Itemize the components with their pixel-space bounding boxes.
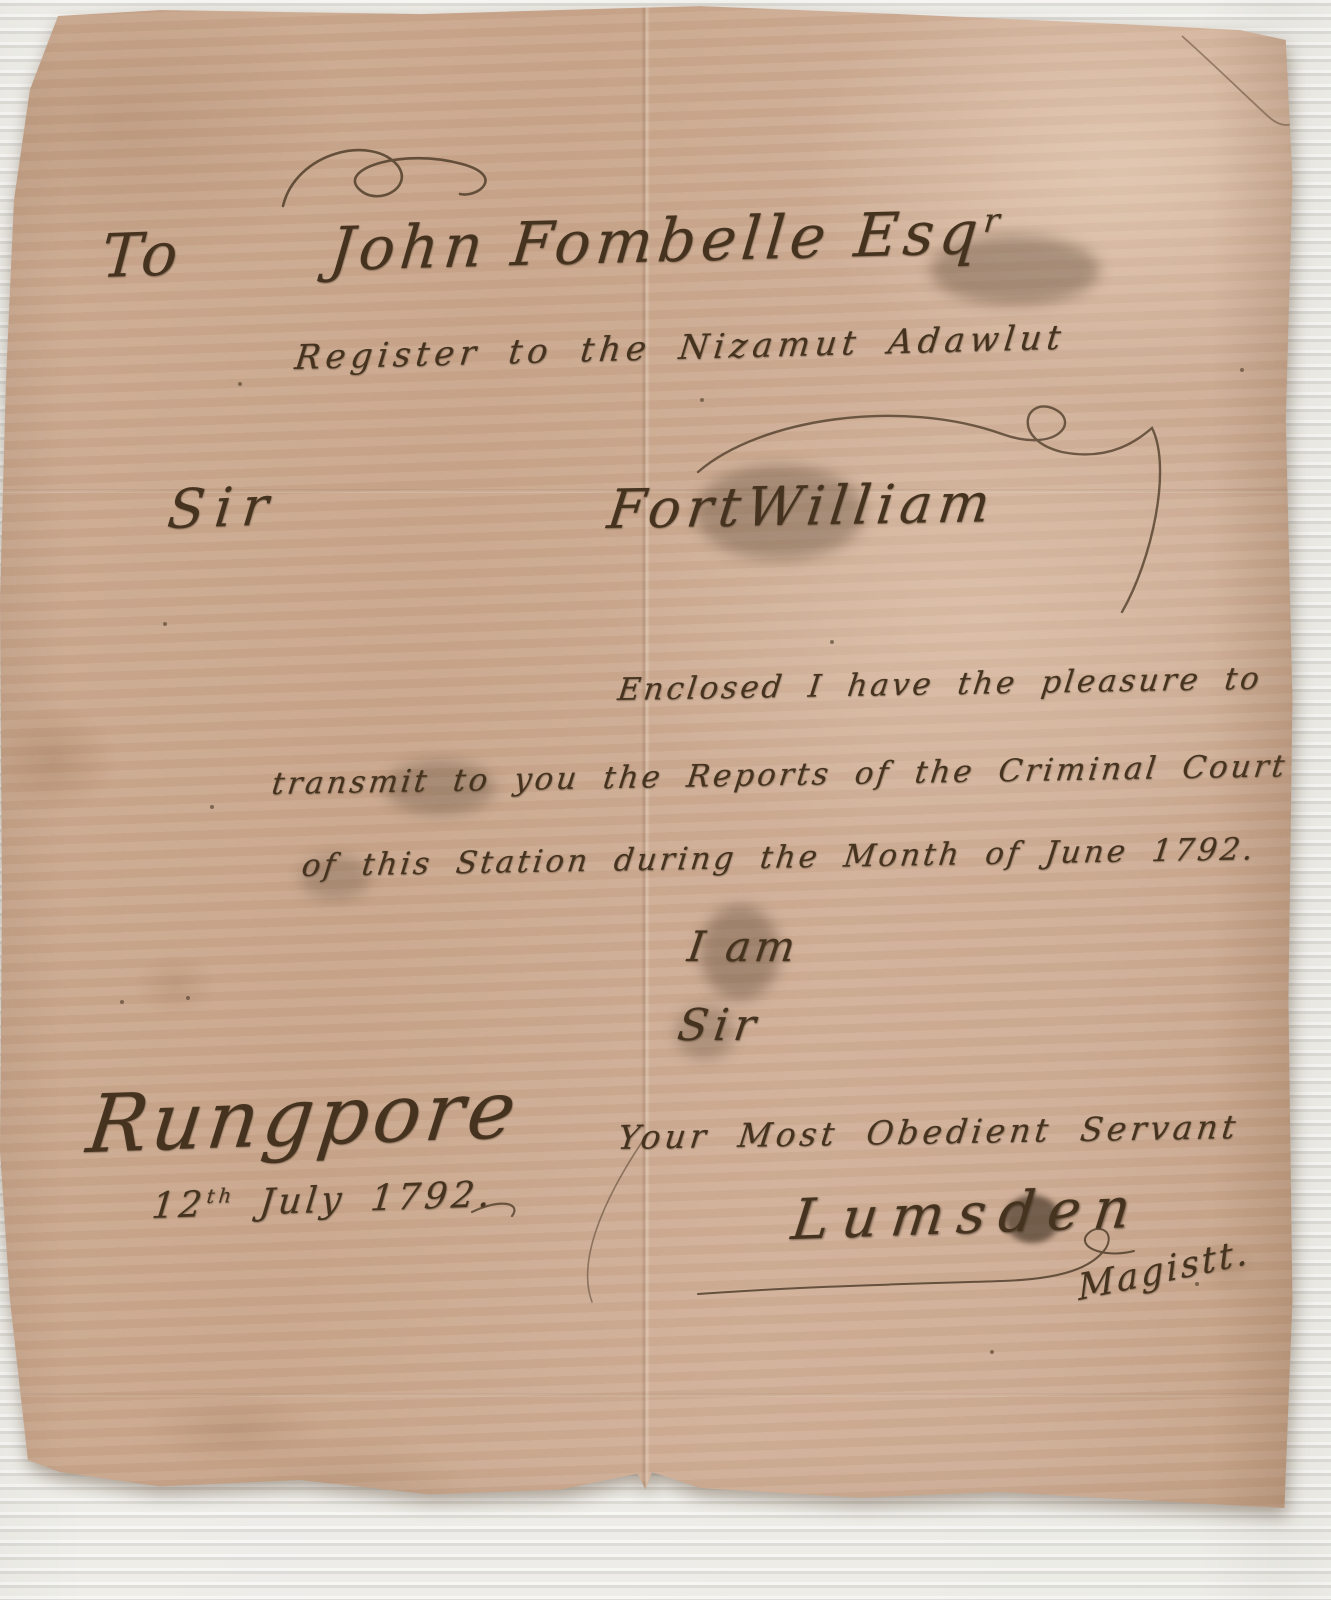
your-tail-flourish bbox=[588, 1142, 642, 1302]
date-tail-flourish bbox=[472, 1204, 514, 1216]
ink-speck bbox=[990, 1350, 994, 1354]
horizontal-crease bbox=[0, 489, 1331, 493]
flourish-ornaments bbox=[0, 0, 1331, 1600]
address-to: To bbox=[100, 219, 184, 292]
body-line-3: of this Station during the Month of June… bbox=[300, 831, 1258, 884]
recipient-name: John Fombelle Esqr bbox=[327, 197, 1007, 285]
body-line-1: Enclosed I have the pleasure to bbox=[616, 661, 1264, 708]
corner-crack-line bbox=[1182, 36, 1296, 125]
esquire-superscript: r bbox=[982, 200, 1007, 240]
closing-sir: Sir bbox=[674, 1000, 764, 1051]
letter-scan: To John Fombelle Esqr Register to the Ni… bbox=[0, 0, 1331, 1600]
valediction: Your Most Obedient Servant bbox=[616, 1107, 1242, 1157]
ink-smudge bbox=[385, 760, 495, 815]
signature: Lumsden bbox=[788, 1176, 1147, 1254]
ink-smudge bbox=[930, 235, 1100, 305]
ink-speck bbox=[1195, 1282, 1199, 1286]
date-rest: July 1792. bbox=[232, 1174, 496, 1224]
ink-blot bbox=[1005, 1195, 1060, 1243]
ink-smudge bbox=[700, 905, 780, 1000]
closing-i-am: I am bbox=[685, 922, 803, 971]
ink-speck bbox=[238, 382, 242, 386]
fortwilliam-flourish bbox=[698, 406, 1160, 612]
salutation: Sir bbox=[165, 474, 282, 541]
signature-title: Magistt. bbox=[1077, 1231, 1251, 1309]
to-flourish bbox=[283, 150, 485, 206]
ink-smudge bbox=[300, 855, 370, 900]
date-day-suffix: th bbox=[205, 1184, 236, 1208]
paper-sheet-wrap: To John Fombelle Esqr Register to the Ni… bbox=[0, 0, 1331, 1600]
paper-sheet: To John Fombelle Esqr Register to the Ni… bbox=[0, 0, 1331, 1600]
ink-smudge bbox=[695, 465, 865, 560]
ink-speck bbox=[186, 996, 190, 1000]
place-heading: FortWilliam bbox=[604, 471, 999, 541]
recipient-title: Register to the Nizamut Adawlut bbox=[293, 318, 1068, 378]
dateline: 12th July 1792. bbox=[150, 1174, 496, 1227]
signature-underline-flourish bbox=[698, 1229, 1134, 1294]
recipient-name-text: John Fombelle Esq bbox=[327, 198, 986, 285]
body-line-2: transmit to you the Reports of the Crimi… bbox=[270, 748, 1290, 802]
ink-speck bbox=[163, 622, 167, 626]
ink-smudge bbox=[675, 1005, 735, 1060]
center-fold-line bbox=[641, 0, 650, 1510]
place-footer: Rungpore bbox=[82, 1063, 525, 1172]
ink-speck bbox=[1240, 368, 1244, 372]
ink-speck bbox=[210, 805, 214, 809]
ink-speck bbox=[700, 398, 704, 402]
date-day: 12 bbox=[150, 1184, 208, 1227]
ink-speck bbox=[830, 640, 834, 644]
horizontal-crease bbox=[0, 1393, 1331, 1397]
ink-speck bbox=[120, 1000, 124, 1004]
